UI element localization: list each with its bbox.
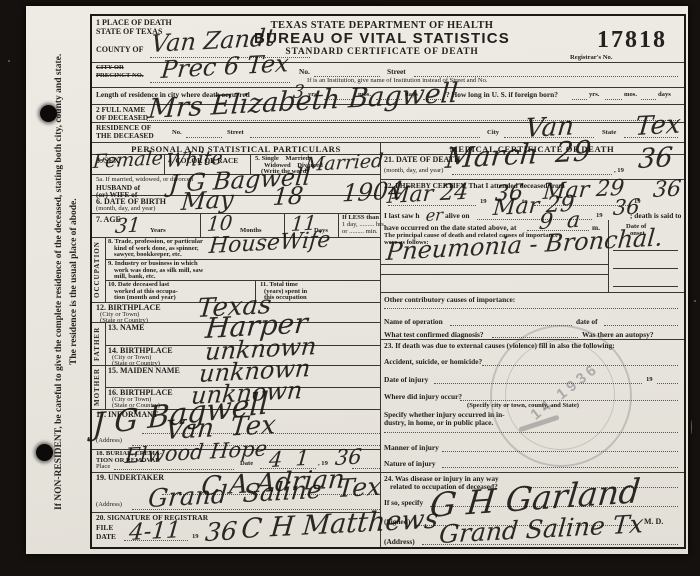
punch-hole-top: [40, 105, 57, 122]
margin-note-line1: If NON-RESIDENT, be careful to give the …: [54, 20, 65, 544]
scan-noise: [694, 300, 696, 302]
margin-note-line2: The residence is the usual place of abod…: [69, 20, 80, 544]
no-label: No.: [299, 68, 310, 76]
cell-line: [338, 213, 339, 237]
dob-label-2: (month, day, and year): [96, 206, 155, 213]
age-years-value: 31: [114, 213, 142, 238]
autopsy-label: Was there an autopsy?: [582, 331, 654, 339]
leader: [605, 99, 622, 100]
contributory-label: Other contributory causes of importance:: [384, 296, 515, 304]
strip-line: [105, 322, 106, 365]
city-or-label: CITY OR: [96, 65, 124, 72]
attended-from-value: Mar 24: [386, 180, 469, 209]
days-label-2: days: [658, 92, 671, 99]
occupation-strip-label: OCCUPATION: [93, 237, 105, 302]
leader: [641, 99, 656, 100]
leader: [604, 325, 678, 326]
fullname-label-2: OF DECEASED: [96, 114, 148, 122]
yrs-label-2: yrs.: [589, 92, 599, 99]
injury-where-label: Where did injury occur?: [384, 393, 462, 401]
leader: [572, 99, 587, 100]
leader: [450, 325, 572, 326]
street-label: Street: [387, 68, 406, 76]
residence-label-2: THE DECEASED: [96, 132, 154, 140]
mother-strip-label: MOTHER: [93, 365, 105, 409]
dod-19-label: , 19: [614, 168, 624, 175]
precinct-value: Prec 6 Tex: [160, 49, 290, 84]
nature-label: Nature of injury: [384, 460, 436, 468]
father-name-label: 13. NAME: [108, 324, 144, 332]
leader: [460, 400, 678, 401]
rule: [380, 292, 684, 293]
sex-value: Female: [92, 147, 164, 173]
md-label: M. D.: [644, 518, 663, 526]
physician-address-label: (Address): [384, 538, 415, 546]
father-strip-label: FATHER: [93, 322, 105, 365]
scan-noise: [8, 60, 10, 62]
years-label: Years: [150, 228, 166, 235]
dod-year-value: 36: [637, 142, 674, 175]
certificate-form: 1 PLACE OF DEATH STATE OF TEXAS COUNTY O…: [90, 14, 686, 549]
registrar-no-value: 17818: [597, 28, 667, 53]
leader: [434, 383, 642, 384]
injury-date-label: Date of injury: [384, 376, 428, 384]
leader: [452, 174, 612, 175]
file-date-label: DATE: [96, 533, 116, 541]
registrar-no-label: Registrar's No.: [570, 55, 612, 62]
occ10-label-3: tion (month and year): [114, 295, 176, 302]
cell-line: [200, 213, 201, 237]
occ8-label-3: sawyer, bookkeeper, etc.: [114, 252, 182, 259]
leader: [442, 451, 678, 452]
burial-place-line: [114, 469, 234, 470]
onset-rule: [613, 268, 678, 269]
file-year-value: 36: [204, 516, 238, 547]
county-of-label: COUNTY OF: [96, 46, 143, 54]
mos-label-2: mos.: [624, 92, 637, 99]
rule: [380, 274, 608, 275]
leader: [384, 432, 678, 433]
burial-place-label: Place: [96, 464, 110, 471]
lastsaw-label: I last saw h: [384, 212, 420, 220]
lastsaw-year-value: 36: [612, 194, 641, 220]
marital-value: Married: [304, 150, 384, 176]
strip-line: [105, 237, 106, 302]
leader: [482, 365, 678, 366]
occurred-label: have occurred on the date stated above, …: [384, 224, 516, 232]
res-street-label: Street: [227, 130, 244, 137]
leader: [657, 383, 678, 384]
lastsaw-suffix-value: er: [425, 205, 444, 225]
res-city-label: City: [487, 130, 499, 137]
file-label: FILE: [96, 524, 113, 532]
res-no-label: No.: [172, 130, 182, 137]
maiden-name-label: 15. MAIDEN NAME: [108, 367, 180, 375]
attended-to-year: 36: [652, 176, 682, 203]
dod-label-2: (month, day, and year): [384, 168, 443, 175]
leader: [186, 137, 222, 138]
occ9-label-3: mill, bank, etc.: [114, 274, 156, 281]
date-of-label: date of: [576, 318, 598, 326]
alive-on-label: alive on: [445, 212, 469, 220]
dod-value: March 29: [444, 134, 593, 175]
leader: [442, 467, 678, 468]
precinct-no-label: PRECINCT NO.: [96, 73, 144, 80]
certify-19-label: 19: [480, 199, 487, 206]
occupation-value: HouseWife: [208, 227, 331, 259]
test-label: What test confirmed diagnosis?: [384, 331, 484, 339]
less-than-label-3: or ......... min.: [342, 229, 378, 236]
manner-label: Manner of injury: [384, 444, 439, 452]
rule: [380, 179, 684, 180]
accident-label: Accident, suicide, or homicide?: [384, 358, 482, 366]
burial-date-label: Date: [240, 461, 253, 468]
specify-city-label: (Specify city or town, county, and State…: [467, 403, 579, 410]
specify-label-2: dustry, in home, or in public place.: [384, 419, 493, 427]
onset-rule: [613, 286, 678, 287]
leader: [250, 137, 480, 138]
res-state-label: State: [602, 130, 616, 137]
undertaker-address-value: Grand Saline Tex: [147, 472, 382, 513]
scanned-death-certificate: { "doc": { "header": { "place_label": "1…: [0, 0, 700, 576]
punch-hole-bottom: [36, 444, 53, 461]
injury-19-label: 19: [646, 377, 653, 384]
undertaker-label: 19. UNDERTAKER: [96, 474, 164, 482]
stamp-smudge: [518, 415, 559, 433]
foreign-born-label: ? How long in U. S. if foreign born?: [446, 91, 558, 99]
stamp-inner-ring: [505, 340, 615, 450]
operation-label: Name of operation: [384, 318, 443, 326]
undertaker-address-label: (Address): [96, 502, 122, 509]
external-causes-label: 23. If death was due to external causes …: [384, 342, 615, 350]
rule: [380, 339, 684, 340]
leader: [384, 308, 678, 309]
certificate-paper: If NON-RESIDENT, be careful to give the …: [26, 6, 688, 554]
scan-scratch: [691, 420, 692, 434]
lastsaw-19-label: 19: [596, 213, 603, 220]
stamp-date: 14 1936: [527, 359, 602, 423]
file-19-label: 19: [192, 534, 199, 541]
file-date-value: 4-11: [128, 517, 182, 546]
leader: [492, 337, 578, 338]
res-state-value: Tex: [634, 109, 682, 142]
